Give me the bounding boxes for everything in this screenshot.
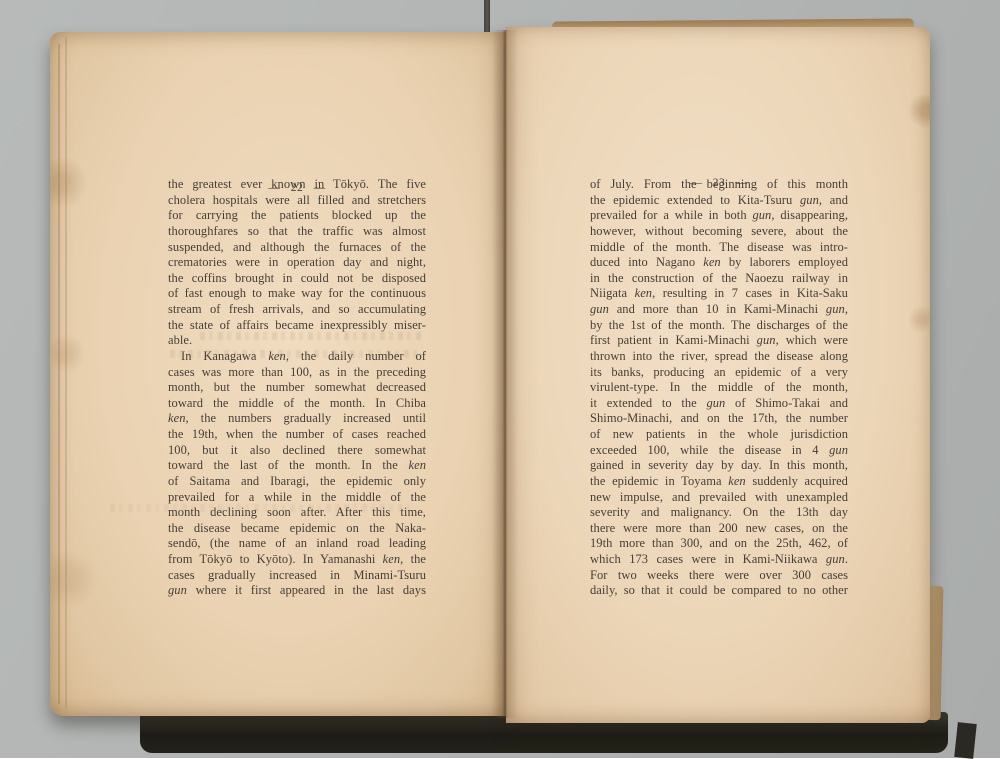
text-line: crematories were in operation day and ni… — [168, 255, 426, 271]
left-page: — 22 — the greatest ever known in Tōkyō.… — [50, 32, 506, 716]
bleedthrough-ghost — [200, 332, 425, 340]
photo-background: — 22 — the greatest ever known in Tōkyō.… — [0, 0, 1000, 758]
text-line: the disease became epidemic on the Naka- — [168, 521, 426, 537]
text-line: gun where it first appeared in the last … — [168, 583, 426, 599]
text-line: of Saitama and Ibaragi, the epidemic onl… — [168, 474, 426, 490]
text-line: prevailed for a while in the middle of t… — [168, 490, 426, 506]
text-line: by the 1st of the month. The discharges … — [590, 318, 848, 334]
text-line: duced into Nagano ken by laborers employ… — [590, 255, 848, 271]
text-line: Niigata ken, resulting in 7 cases in Kit… — [590, 286, 848, 302]
text-line: 19th more than 300, and on the 25th, 462… — [590, 536, 848, 552]
text-line: middle of the month. The disease was int… — [590, 240, 848, 256]
text-line: from Tōkyō to Kyōto). In Yamanashi ken, … — [168, 552, 426, 568]
text-line: thrown into the river, spread the diseas… — [590, 349, 848, 365]
text-line: gun and more than 10 in Kami-Minachi gun… — [590, 302, 848, 318]
text-line: in the construction of the Naoezu railwa… — [590, 271, 848, 287]
bleedthrough-ghost — [170, 350, 420, 358]
right-page-text: of July. From the beginning of this mont… — [590, 177, 848, 599]
text-line: prevailed for a while in both gun, disap… — [590, 208, 848, 224]
left-page-leaf-edge — [65, 37, 67, 709]
text-line: new impulse, and prevailed with unexampl… — [590, 490, 848, 506]
text-line: the coffins brought in could not be disp… — [168, 271, 426, 287]
text-line: stream of fresh arrivals, and so accumul… — [168, 302, 426, 318]
text-line: suspended, and although the furnaces of … — [168, 240, 426, 256]
book-spine-support — [484, 0, 490, 34]
text-line: first patient in Kami-Minachi gun, which… — [590, 333, 848, 349]
text-line: the 19th, when the number of cases reach… — [168, 427, 426, 443]
text-line: For two weeks there were over 300 cases — [590, 568, 848, 584]
text-line: however, without becoming severe, about … — [590, 224, 848, 240]
text-line: toward the last of the month. In the ken — [168, 458, 426, 474]
text-line: severity and malignancy. On the 13th day — [590, 505, 848, 521]
left-page-leaf-edge — [58, 44, 60, 704]
text-line: of fast enough to make way for the conti… — [168, 286, 426, 302]
text-line: cases was more than 100, as in the prece… — [168, 365, 426, 381]
text-line: for carrying the patients blocked up the — [168, 208, 426, 224]
text-line: it extended to the gun of Shimo-Takai an… — [590, 396, 848, 412]
text-line: cases gradually increased in Minami-Tsur… — [168, 568, 426, 584]
text-line: gained in severity day by day. In this m… — [590, 458, 848, 474]
text-line: of July. From the beginning of this mont… — [590, 177, 848, 193]
text-line: the epidemic extended to Kita-Tsuru gun,… — [590, 193, 848, 209]
text-line: ken, the numbers gradually increased unt… — [168, 411, 426, 427]
text-line: exceeded 100, while the disease in 4 gun — [590, 443, 848, 459]
text-line: Shimo-Minachi, and on the 17th, the numb… — [590, 411, 848, 427]
text-line: virulent-type. In the middle of the mont… — [590, 380, 848, 396]
text-line: there were more than 200 new cases, on t… — [590, 521, 848, 537]
text-line: cholera hospitals were all filled and st… — [168, 193, 426, 209]
text-line: toward the middle of the month. In Chiba — [168, 396, 426, 412]
text-line: 100, but it also declined there somewhat — [168, 443, 426, 459]
text-line: its banks, producing an epidemic of a ve… — [590, 365, 848, 381]
left-page-text: the greatest ever known in Tōkyō. The fi… — [168, 177, 426, 599]
text-line: the epidemic in Toyama ken suddenly acqu… — [590, 474, 848, 490]
text-line: the state of affairs became inexpressibl… — [168, 318, 426, 334]
text-line: of new patients in the whole jurisdictio… — [590, 427, 848, 443]
book-gutter — [492, 30, 518, 718]
text-line: which 173 cases were in Kami-Niikawa gun… — [590, 552, 848, 568]
text-line: thoroughfares so that the traffic was al… — [168, 224, 426, 240]
book-cover-corner — [954, 722, 977, 758]
text-line: the greatest ever known in Tōkyō. The fi… — [168, 177, 426, 193]
bleedthrough-ghost — [110, 504, 410, 512]
text-line: daily, so that it could be compared to n… — [590, 583, 848, 599]
text-line: month, but the number somewhat decreased — [168, 380, 426, 396]
right-page: — 23 — of July. From the beginning of th… — [506, 27, 930, 723]
text-line: sendō, (the name of an inland road leadi… — [168, 536, 426, 552]
